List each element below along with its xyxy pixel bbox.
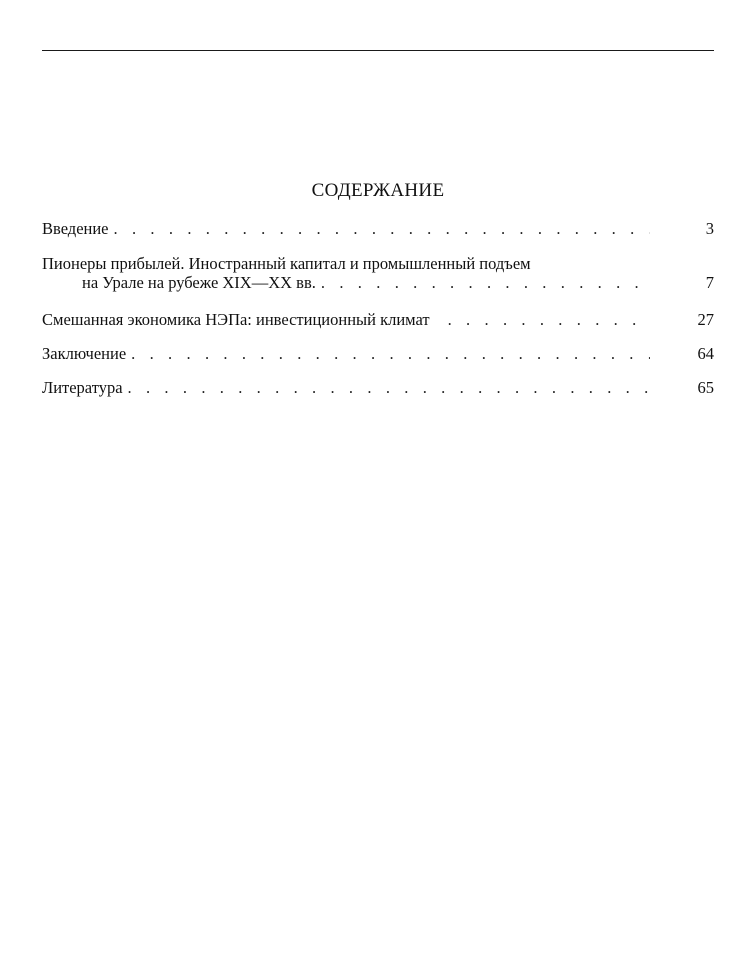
toc-entry-pioneers-of-profit[interactable]: Пионеры прибылей. Иностранный капитал и … — [42, 254, 714, 292]
toc-entry-page: 64 — [654, 344, 714, 363]
table-of-contents: Введение 3 Пионеры прибылей. Иностранный… — [42, 219, 714, 411]
toc-entry-title: Смешанная экономика НЭПа: инвестиционный… — [42, 310, 430, 329]
toc-entry-conclusion[interactable]: Заключение 64 — [42, 344, 714, 363]
dot-leader — [448, 310, 650, 329]
toc-entry-page: 3 — [654, 219, 714, 238]
toc-entry-nep-economy[interactable]: Смешанная экономика НЭПа: инвестиционный… — [42, 310, 714, 329]
toc-entry-title: Введение — [42, 219, 109, 238]
toc-entry-title: Литература — [42, 378, 123, 397]
toc-entry-page: 7 — [654, 273, 714, 292]
toc-entry-bibliography[interactable]: Литература 65 — [42, 378, 714, 397]
dot-leader — [131, 344, 650, 363]
toc-entry-page: 27 — [654, 310, 714, 329]
header-rule — [42, 50, 714, 51]
toc-entry-introduction[interactable]: Введение 3 — [42, 219, 714, 238]
dot-leader — [321, 273, 650, 292]
toc-entry-title: Заключение — [42, 344, 126, 363]
toc-entry-title-line2: на Урале на рубеже XIX—XX вв. — [82, 273, 316, 292]
toc-entry-title-line1: Пионеры прибылей. Иностранный капитал и … — [42, 254, 714, 273]
dot-leader — [114, 219, 650, 238]
page-title: СОДЕРЖАНИЕ — [0, 180, 756, 202]
toc-entry-page: 65 — [654, 378, 714, 397]
dot-leader — [128, 378, 650, 397]
